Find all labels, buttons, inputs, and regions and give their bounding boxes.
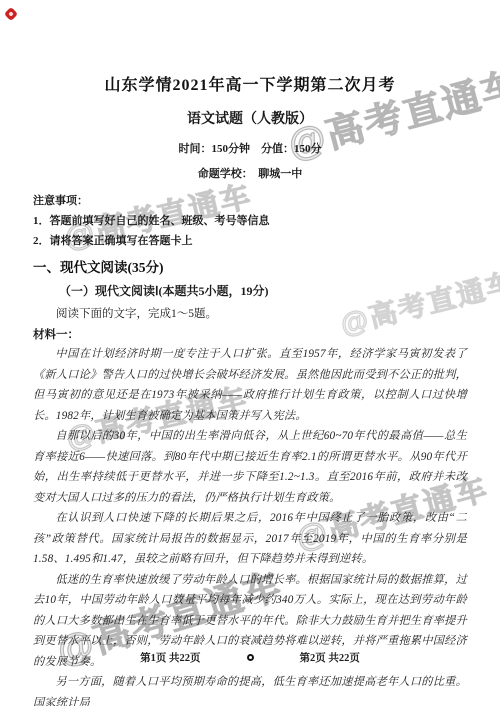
notice-heading: 注意事项： bbox=[33, 192, 467, 208]
time-and-score-line: 时间：150分钟 分值：150分 bbox=[33, 140, 467, 156]
document-content: 山东学情2021年高一下学期第二次月考 语文试题（人教版） 时间：150分钟 分… bbox=[0, 0, 500, 706]
school-line: 命题学校： 聊城一中 bbox=[33, 165, 467, 181]
material-one-label: 材料一： bbox=[33, 326, 467, 342]
reading-instruction: 阅读下面的文字，完成1～5题。 bbox=[56, 305, 467, 321]
material-paragraph-3: 在认识到人口快速下降的长期后果之后，2016年中国终止了一胎政策，改由“二孩”政… bbox=[33, 508, 467, 570]
notice-item-2: 2．请将答案正确填写在答题卡上 bbox=[33, 234, 467, 248]
paper-title: 山东学情2021年高一下学期第二次月考 bbox=[33, 72, 467, 95]
section-heading-modern-reading: 一、现代文阅读(35分) bbox=[33, 256, 467, 276]
page-footer: 第1页 共22页 第2页 共22页 bbox=[0, 650, 500, 665]
material-paragraph-1: 中国在计划经济时期一度专注于人口扩张。直至1957年，经济学家马寅初发表了《新人… bbox=[33, 344, 467, 426]
footer-right-page-number: 第2页 共22页 bbox=[300, 650, 360, 665]
material-paragraph-5: 另一方面，随着人口平均预期寿命的提高，低生育率还加速提高老年人口的比重。国家统计… bbox=[33, 672, 467, 706]
page-separator-ring-icon bbox=[247, 654, 254, 661]
notice-item-1: 1．答题前填写好自己的姓名、班级、考号等信息 bbox=[33, 214, 467, 228]
subsection-heading-reading-1: （一）现代文阅读Ⅰ(本题共5小题，19分) bbox=[59, 282, 467, 299]
material-paragraph-2: 自那以后的30年，中国的出生率滑向低谷，从上世纪60~70年代的最高值——总生育… bbox=[33, 426, 467, 508]
footer-left-page-number: 第1页 共22页 bbox=[140, 650, 200, 665]
paper-subtitle: 语文试题（人教版） bbox=[33, 108, 467, 128]
exam-paper-page: @高考直通车 @高考直通车 @高考直通车 @高考直通车 @高考直通车 @高考直通… bbox=[0, 0, 500, 706]
